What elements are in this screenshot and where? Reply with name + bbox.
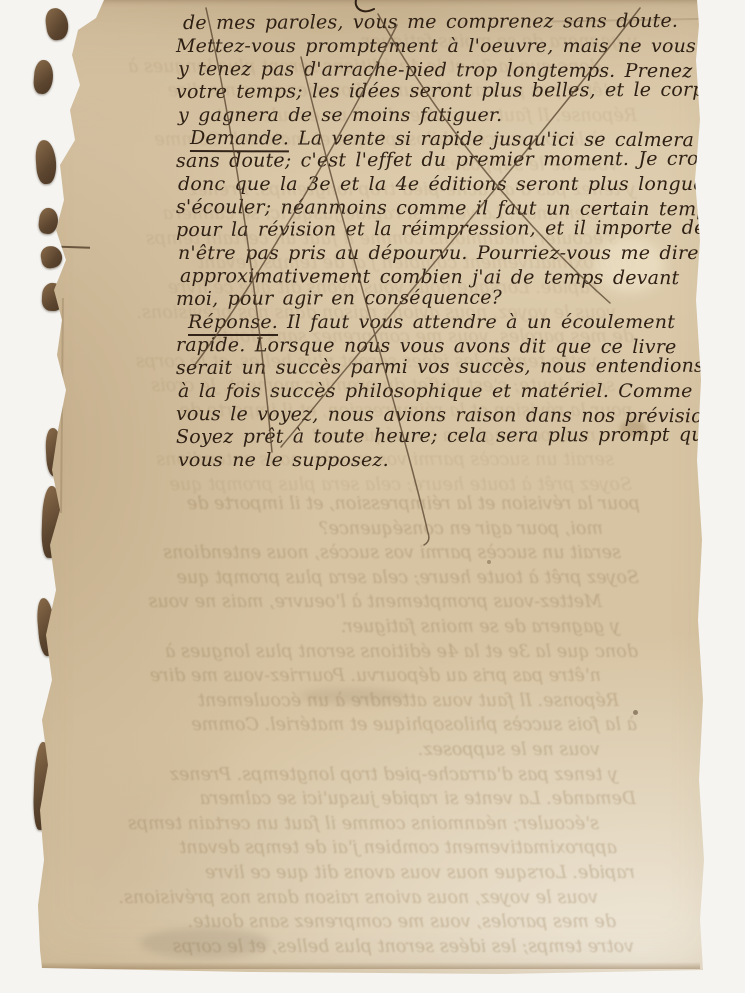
page-bottom-edge <box>40 962 700 969</box>
bleed-through-line: approximativement combien j'ai de temps … <box>34 836 617 861</box>
bleed-through-line: serait un succès parmi vos succès, nous … <box>34 541 621 566</box>
bleed-through-line: Soyez prêt à toute heure; cela sera plus… <box>34 566 639 591</box>
bleed-through-line: donc que la 3e et la 4e éditions seront … <box>34 640 638 665</box>
underlined-word: Réponse. <box>188 311 278 336</box>
bleed-through-line: votre temps; les idées seront plus belle… <box>34 935 634 960</box>
manuscript-scan: { "document_type": "handwritten manuscri… <box>0 0 745 993</box>
bleed-through-text-lower: pour la révision et la réimpression, et … <box>34 492 640 959</box>
stain <box>300 688 410 704</box>
bleed-through-line: n'être pas pris au dépourvu. Pourriez-vo… <box>34 664 601 689</box>
torn-edge-fragment <box>34 139 57 184</box>
underlined-heading-line: Réponse.Il faut vous attendre à un écoul… <box>188 311 721 334</box>
bleed-through-line: y gagnera de se moins fatiguer. <box>34 615 620 640</box>
torn-edge-fragment <box>39 244 64 269</box>
manuscript-page: y gagnera de se moins fatiguer.donc que … <box>0 0 745 993</box>
text-line: pour la révision et la réimpression, et … <box>176 217 721 242</box>
stain <box>140 928 270 958</box>
text-line: moi, pour agir en conséquence? <box>176 286 721 311</box>
stain <box>633 710 638 715</box>
bleed-through-line: vous ne le supposez. <box>34 738 600 763</box>
torn-edge-fragment <box>44 7 70 42</box>
bleed-through-line: s'écouler; néanmoins comme il faut un ce… <box>34 812 599 837</box>
bleed-through-line: de mes paroles, vous me comprenez sans d… <box>34 910 616 935</box>
bleed-through-line: rapide. Lorsque nous vous avons dit que … <box>34 861 635 886</box>
text-line: Mettez-vous promptement à l'oeuvre, mais… <box>176 35 721 58</box>
text-line: y gagnera de se moins fatiguer. <box>178 104 721 127</box>
text-line: serait un succès parmi vos succès, nous … <box>176 355 721 380</box>
bleed-through-line: Soyez prêt à toute heure; cela sera plus… <box>28 473 632 498</box>
text-line: votre temps; les idées seront plus belle… <box>176 79 721 104</box>
bleed-through-line: Mettez-vous promptement à l'oeuvre, mais… <box>34 590 602 615</box>
stain <box>487 560 491 564</box>
bleed-through-line: pour la révision et la réimpression, et … <box>34 492 640 517</box>
text-line: donc que la 3e et la 4e éditions seront … <box>178 173 721 196</box>
text-line: sans doute; c'est l'effet du premier mom… <box>176 148 721 173</box>
bleed-through-line: y tenez pas d'arrache-pied trop longtemp… <box>34 763 618 788</box>
torn-edge-fragment <box>33 59 55 95</box>
text-line: à la fois succès philosophique et matéri… <box>178 380 721 403</box>
crease-line <box>60 298 64 513</box>
scan-background: y gagnera de se moins fatiguer.donc que … <box>0 0 745 993</box>
manuscript-text: de mes paroles, vous me comprenez sans d… <box>176 12 721 472</box>
text-line: Soyez prêt à toute heure; cela sera plus… <box>176 424 721 449</box>
bleed-through-line: Demande. La vente si rapide jusqu'ici se… <box>34 787 636 812</box>
torn-edge-fragment <box>37 207 59 235</box>
text-line: de mes paroles, vous me comprenez sans d… <box>183 10 721 35</box>
bleed-through-line: à la fois succès philosophique et matéri… <box>34 713 637 738</box>
text-line: n'être pas pris au dépourvu. Pourriez-vo… <box>178 242 721 265</box>
ink-descender-tail <box>356 0 374 11</box>
text-line: vous ne le supposez. <box>178 449 721 472</box>
bleed-through-line: vous le voyez, nous avions raison dans n… <box>34 886 598 911</box>
bleed-through-line: Réponse. Il faut vous attendre à un écou… <box>34 689 619 714</box>
bleed-through-line: moi, pour agir en conséquence? <box>34 517 603 542</box>
